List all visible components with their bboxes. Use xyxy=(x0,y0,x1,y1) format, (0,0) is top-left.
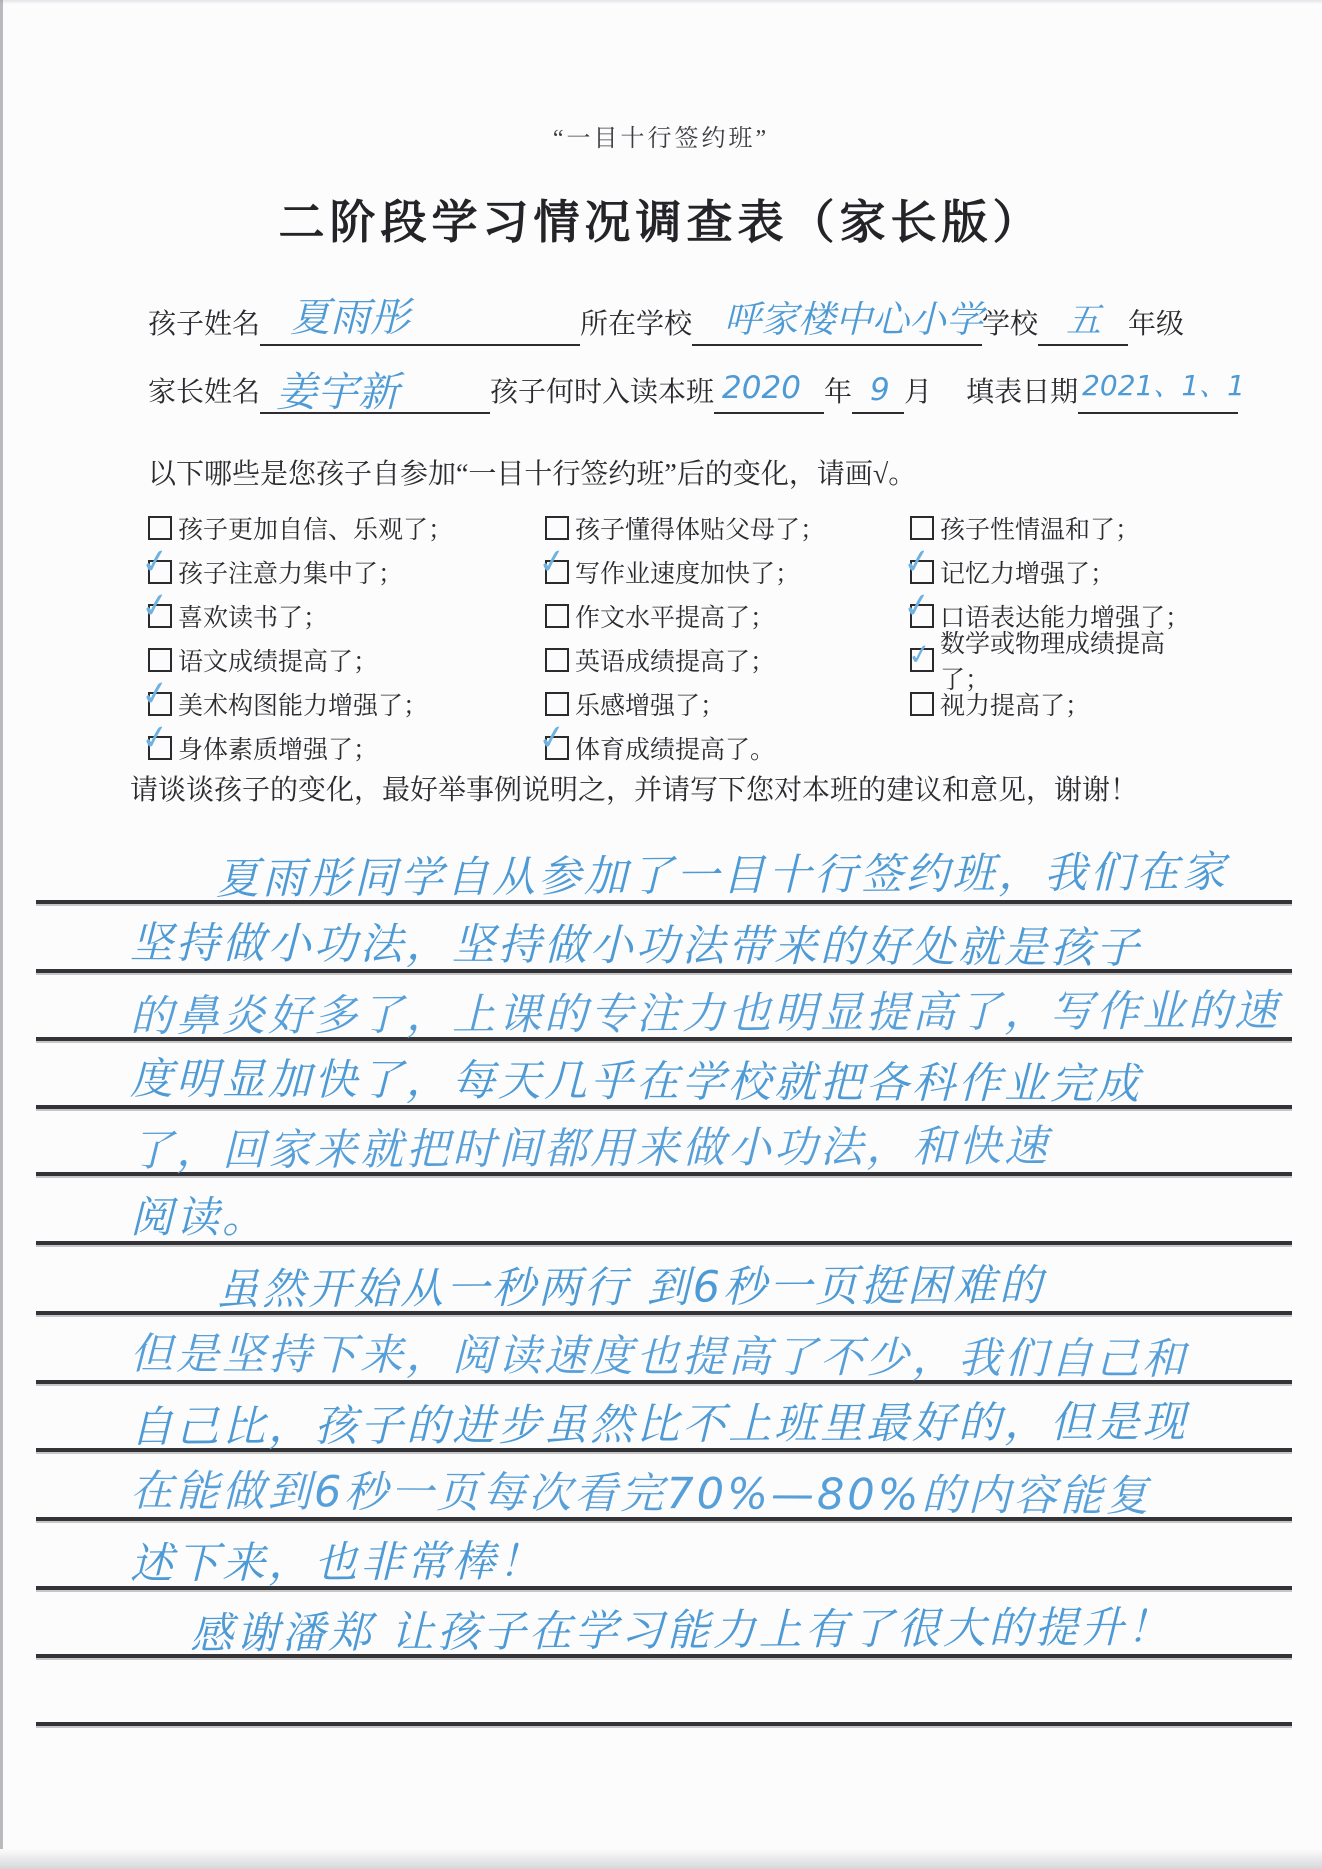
parent-name-label: 家长姓名 xyxy=(148,370,260,414)
essay-line: 的鼻炎好多了，上课的专注力也明显提高了，写作业的速 xyxy=(130,977,1280,1044)
school-blank: 呼家楼中心小学 xyxy=(692,300,982,346)
checkbox-label: 语文成绩提高了； xyxy=(178,642,378,678)
checkbox-music-sense: ✓乐感增强了； xyxy=(545,686,910,722)
handwritten-child-name: 夏雨彤 xyxy=(290,286,410,343)
check-mark: ✓ xyxy=(139,587,172,625)
checkbox-label: 喜欢读书了； xyxy=(178,598,328,634)
checkbox-box: ✓ xyxy=(910,648,934,672)
essay-line: 坚持做小功法，坚持做小功法带来的好处就是孩子 xyxy=(130,909,1142,975)
checkbox-box: ✓ xyxy=(148,648,172,672)
check-mark: ✓ xyxy=(906,637,934,674)
checkbox-reading-interest: ✓喜欢读书了； xyxy=(148,598,545,634)
checkbox-box: ✓ xyxy=(910,604,934,628)
checkbox-box: ✓ xyxy=(545,516,569,540)
checkbox-physical-fitness: ✓身体素质增强了； xyxy=(148,730,545,766)
checkbox-label: 孩子更加自信、乐观了； xyxy=(178,510,453,546)
checkbox-label: 孩子懂得体贴父母了； xyxy=(575,510,825,546)
scan-edge-bottom xyxy=(0,1849,1322,1869)
essay-line: 在能做到6秒一页每次看完70%—80%的内容能复 xyxy=(130,1457,1152,1523)
checkbox-box: ✓ xyxy=(910,560,934,584)
check-mark: ✓ xyxy=(901,543,934,581)
checkbox-box: ✓ xyxy=(545,560,569,584)
check-mark: ✓ xyxy=(901,587,934,625)
check-mark: ✓ xyxy=(139,719,172,757)
checkbox-label: 乐感增强了； xyxy=(575,686,725,722)
checkbox-considerate: ✓孩子懂得体贴父母了； xyxy=(545,510,910,546)
essay-line: 但是坚持下来，阅读速度也提高了不少，我们自己和 xyxy=(130,1320,1188,1387)
parent-name-blank: 姜宇新 xyxy=(260,368,490,414)
form-row-child: 孩子姓名 夏雨彤 所在学校 呼家楼中心小学 学校 五 年级 xyxy=(148,300,1184,346)
handwritten-grade: 五 xyxy=(1066,293,1101,343)
checkbox-temperament: ✓孩子性情温和了； xyxy=(910,510,1208,546)
handwritten-parent-name: 姜宇新 xyxy=(276,359,399,418)
school-label: 所在学校 xyxy=(580,302,692,346)
checkbox-instruction: 以下哪些是您孩子自参加“一目十行签约班”后的变化，请画√。 xyxy=(148,452,916,492)
grade-suffix-label: 年级 xyxy=(1128,302,1184,346)
handwritten-enroll-year: 2020 xyxy=(722,370,801,406)
checkbox-box: ✓ xyxy=(148,560,172,584)
checkbox-pe-score: ✓体育成绩提高了。 xyxy=(545,730,910,766)
checkbox-homework-speed: ✓写作业速度加快了； xyxy=(545,554,910,590)
program-name-quote: “一目十行签约班” xyxy=(0,118,1322,153)
child-name-blank: 夏雨彤 xyxy=(260,300,580,346)
check-mark: ✓ xyxy=(536,719,569,757)
checkbox-label: 孩子注意力集中了； xyxy=(178,554,403,590)
grade-blank: 五 xyxy=(1038,300,1128,346)
fill-date-blank: 2021、1、1 xyxy=(1078,368,1238,414)
essay-line: 虽然开始从一秒两行 到6秒一页挺困难的 xyxy=(216,1252,1045,1317)
checkbox-label: 视力提高了； xyxy=(940,686,1090,722)
checkbox-label: 作文水平提高了； xyxy=(575,598,775,634)
essay-line: 感谢潘郑 让孩子在学习能力上有了很大的提升！ xyxy=(190,1594,1173,1662)
essay-line: 度明显加快了，每天几乎在学校就把各科作业完成 xyxy=(130,1045,1142,1111)
check-mark: ✓ xyxy=(536,543,569,581)
year-label: 年 xyxy=(824,370,852,414)
enroll-label: 孩子何时入读本班 xyxy=(490,370,714,414)
essay-line: 阅读。 xyxy=(130,1184,268,1245)
handwritten-enroll-month: 9 xyxy=(870,372,890,408)
essay-line: 了，回家来就把时间都用来做小功法，和快速 xyxy=(130,1113,1050,1179)
essay-line: 自己比，孩子的进步虽然比不上班里最好的，但是现 xyxy=(130,1388,1188,1455)
checkbox-box: ✓ xyxy=(545,692,569,716)
checkbox-box: ✓ xyxy=(148,604,172,628)
essay-line: 述下来，也非常棒！ xyxy=(130,1528,544,1591)
grade-label: 学校 xyxy=(982,302,1038,346)
checkbox-eyesight: ✓视力提高了； xyxy=(910,686,1208,722)
handwritten-school: 呼家楼中心小学 xyxy=(724,289,983,343)
enroll-year-blank: 2020 xyxy=(714,368,824,414)
checkbox-english-score: ✓英语成绩提高了； xyxy=(545,642,910,678)
checkbox-label: 英语成绩提高了； xyxy=(575,642,775,678)
checkbox-memory: ✓记忆力增强了； xyxy=(910,554,1208,590)
enroll-month-blank: 9 xyxy=(852,368,904,414)
scan-edge-top xyxy=(0,0,1322,4)
checkbox-label: 身体素质增强了； xyxy=(178,730,378,766)
checkbox-confidence: ✓孩子更加自信、乐观了； xyxy=(148,510,545,546)
form-title: 二阶段学习情况调查表（家长版） xyxy=(0,186,1322,252)
checkbox-art-composition: ✓美术构图能力增强了； xyxy=(148,686,545,722)
essay-prompt: 请谈谈孩子的变化，最好举事例说明之，并请写下您对本班的建议和意见，谢谢！ xyxy=(130,768,1138,808)
checkbox-label: 记忆力增强了； xyxy=(940,554,1115,590)
checkbox-label: 体育成绩提高了。 xyxy=(575,730,775,766)
checkbox-box: ✓ xyxy=(910,692,934,716)
handwritten-fill-date: 2021、1、1 xyxy=(1082,364,1245,404)
checkbox-chinese-score: ✓语文成绩提高了； xyxy=(148,642,545,678)
scanned-survey-form: “一目十行签约班” 二阶段学习情况调查表（家长版） 孩子姓名 夏雨彤 所在学校 … xyxy=(0,0,1322,1869)
check-mark: ✓ xyxy=(139,675,172,713)
form-row-parent: 家长姓名 姜宇新 孩子何时入读本班 2020 年 9 月 填表日期 2021、1… xyxy=(148,368,1238,414)
checkbox-box: ✓ xyxy=(148,692,172,716)
checkbox-box: ✓ xyxy=(148,736,172,760)
fill-date-label: 填表日期 xyxy=(966,370,1078,414)
checkbox-box: ✓ xyxy=(545,648,569,672)
checkbox-attention: ✓孩子注意力集中了； xyxy=(148,554,545,590)
checkbox-composition: ✓作文水平提高了； xyxy=(545,598,910,634)
essay-line: 夏雨彤同学自从参加了一目十行签约班，我们在家 xyxy=(216,838,1228,906)
ruled-line xyxy=(36,1722,1292,1726)
month-label: 月 xyxy=(904,370,932,414)
scan-edge-left xyxy=(0,0,3,1869)
checkbox-label: 写作业速度加快了； xyxy=(575,554,800,590)
checkbox-box: ✓ xyxy=(545,604,569,628)
checkbox-box: ✓ xyxy=(545,736,569,760)
checkbox-label: 孩子性情温和了； xyxy=(940,510,1140,546)
child-name-label: 孩子姓名 xyxy=(148,302,260,346)
checkbox-box: ✓ xyxy=(910,516,934,540)
checkbox-box: ✓ xyxy=(148,516,172,540)
changes-checkbox-grid: ✓孩子更加自信、乐观了； ✓孩子懂得体贴父母了； ✓孩子性情温和了； ✓孩子注意… xyxy=(148,506,1208,770)
checkbox-label: 美术构图能力增强了； xyxy=(178,686,428,722)
check-mark: ✓ xyxy=(139,543,172,581)
